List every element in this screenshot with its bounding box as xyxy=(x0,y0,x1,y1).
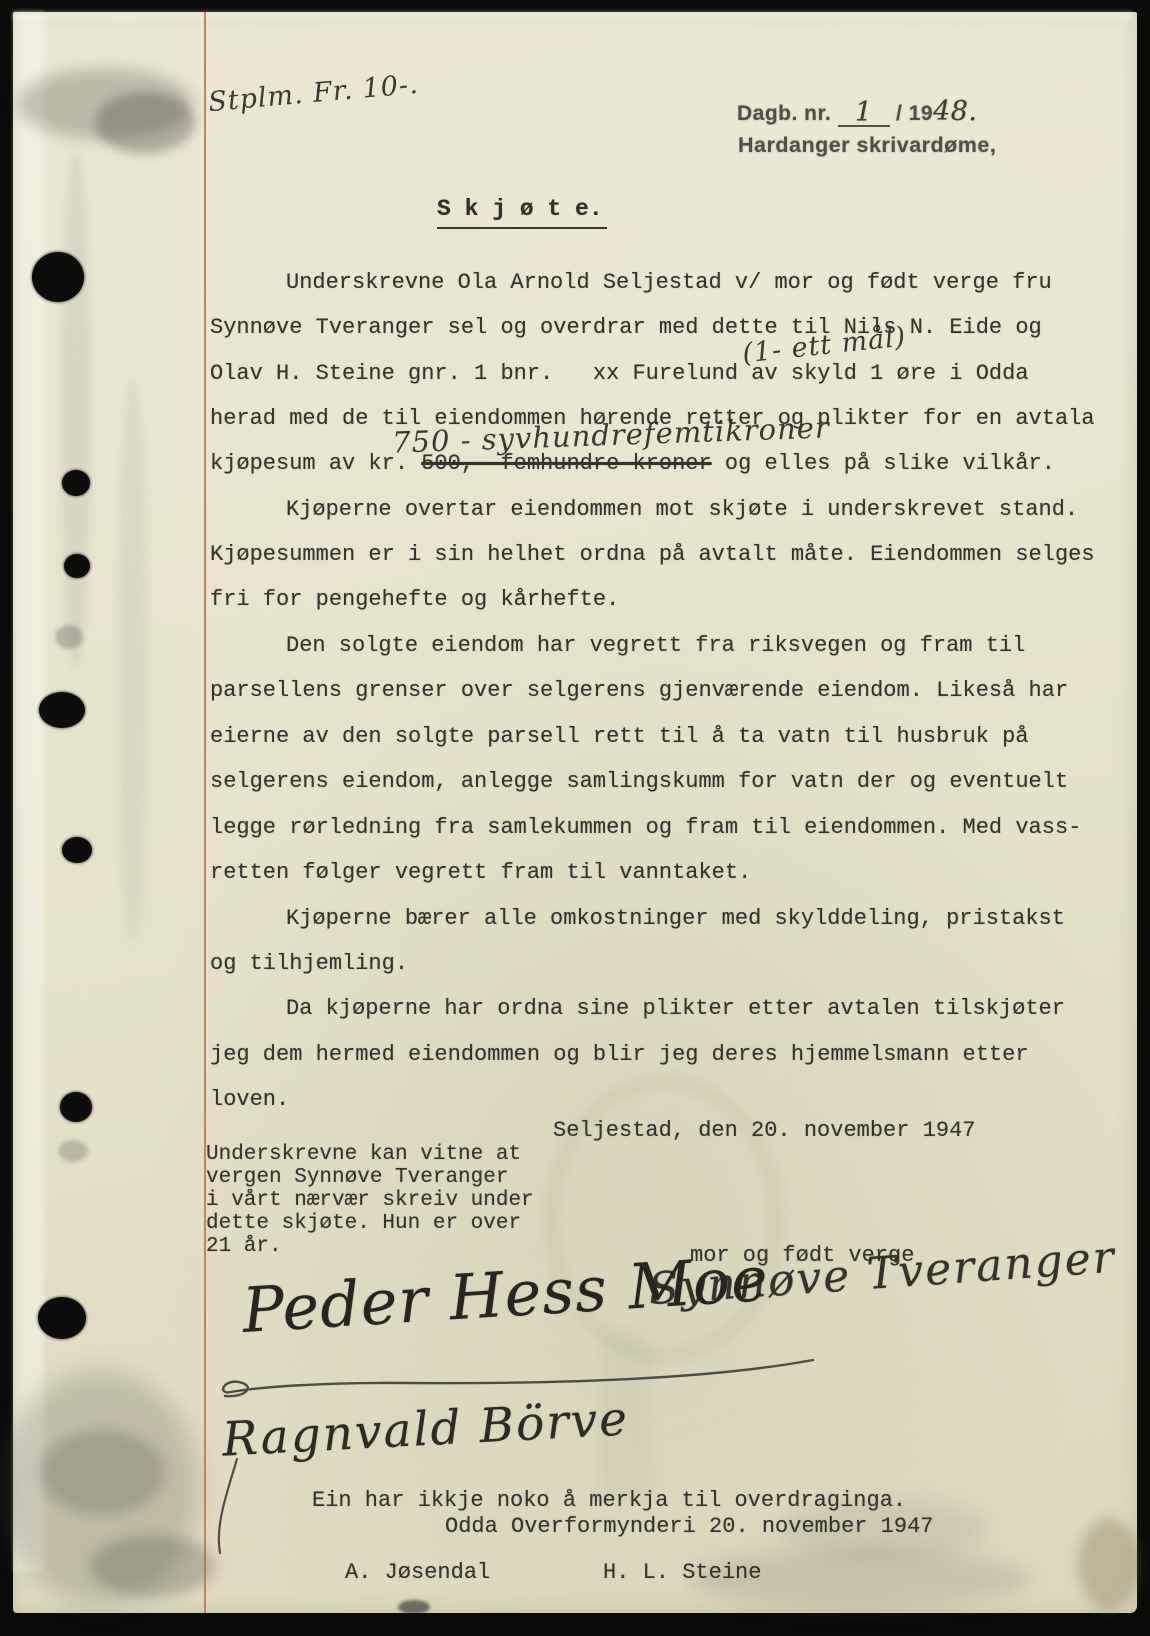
smudge xyxy=(55,625,83,649)
smudge xyxy=(62,150,90,670)
punch-hole xyxy=(39,692,85,728)
body-line: fri for pengehefte og kårhefte. xyxy=(210,587,619,613)
punch-hole xyxy=(60,1092,92,1122)
body-line: Kjøperne overtar eiendommen mot skjøte i… xyxy=(286,497,1078,523)
smudge xyxy=(118,380,148,940)
witness-statement-line: dette skjøte. Hun er over xyxy=(206,1212,521,1236)
place-date-line: Seljestad, den 20. november 1947 xyxy=(553,1118,975,1144)
smudge xyxy=(398,1600,430,1614)
paper-edge-highlight xyxy=(14,12,44,1572)
body-line: jeg dem hermed eiendommen og blir jeg de… xyxy=(210,1042,1029,1068)
body-line: retten følger vegrett fram til vanntaket… xyxy=(210,860,751,886)
body-line: parsellens grenser over selgerens gjenvæ… xyxy=(210,678,1068,704)
witness-statement-line: i vårt nærvær skreiv under xyxy=(206,1189,534,1213)
paper-edge-highlight-top xyxy=(13,12,1133,20)
punch-hole xyxy=(32,252,84,302)
scanned-deed-document: Stplm. Fr. 10-. Dagb. nr. 1 / 1948. Hard… xyxy=(0,0,1150,1636)
body-line: og tilhjemling. xyxy=(210,951,408,977)
body-line-price: kjøpesum av kr. 500,- femhundre kroner o… xyxy=(210,451,1055,477)
journal-year-handwritten: 48. xyxy=(933,96,977,127)
body-line: Kjøperne bærer alle omkostninger med sky… xyxy=(286,906,1065,932)
price-prefix: kjøpesum av kr. xyxy=(210,451,421,476)
smudge xyxy=(1078,1518,1140,1610)
smudge xyxy=(58,1140,88,1162)
witness-statement-line: vergen Synnøve Tveranger xyxy=(206,1166,508,1190)
punch-hole xyxy=(64,554,90,578)
deed-title: S k j ø t e. xyxy=(437,196,607,229)
body-line: Da kjøperne har ordna sine plikter etter… xyxy=(286,996,1065,1022)
punch-hole xyxy=(62,837,92,863)
approval-office-date: Odda Overformynderi 20. november 1947 xyxy=(445,1514,933,1540)
body-line: selgerens eiendom, anlegge samlingskumm … xyxy=(210,769,1068,795)
body-line: loven. xyxy=(210,1087,289,1113)
journal-stamp-separator: / 19 xyxy=(896,102,933,125)
approval-signer-a-josendal: A. Jøsendal xyxy=(345,1560,490,1586)
body-line: eierne av den solgte parsell rett til å … xyxy=(210,724,1029,750)
stamp-office: Hardanger skrivardøme, xyxy=(738,133,996,158)
body-line: Kjøpesummen er i sin helhet ordna på avt… xyxy=(210,542,1095,568)
signature-descender-stroke xyxy=(205,1455,250,1560)
punch-hole xyxy=(62,470,90,496)
smudge xyxy=(95,92,195,154)
approval-statement: Ein har ikkje noko å merkja til overdrag… xyxy=(312,1488,906,1514)
journal-stamp-line: Dagb. nr. 1 / 1948. xyxy=(737,100,978,126)
margin-line xyxy=(204,12,206,1613)
body-line: Underskrevne Ola Arnold Seljestad v/ mor… xyxy=(286,270,1052,296)
body-line: Den solgte eiendom har vegrett fra riksv… xyxy=(286,633,1025,659)
journal-number-handwritten: 1 xyxy=(838,101,890,127)
body-line: legge rørledning fra samlekummen og fram… xyxy=(210,815,1081,841)
smudge xyxy=(40,1430,165,1515)
approval-signer-h-l-steine: H. L. Steine xyxy=(603,1560,761,1586)
body-line: Olav H. Steine gnr. 1 bnr. xx Furelund a… xyxy=(210,361,1029,387)
witness-statement-line: 21 år. xyxy=(206,1235,282,1259)
smudge xyxy=(90,1535,215,1597)
journal-stamp-label: Dagb. nr. xyxy=(737,102,831,125)
witness-statement-line: Underskrevne kan vitne at xyxy=(206,1143,521,1167)
body-line: Synnøve Tveranger sel og overdrar med de… xyxy=(210,315,1042,341)
punch-hole xyxy=(38,1297,86,1339)
price-suffix: og elles på slike vilkår. xyxy=(712,451,1055,476)
